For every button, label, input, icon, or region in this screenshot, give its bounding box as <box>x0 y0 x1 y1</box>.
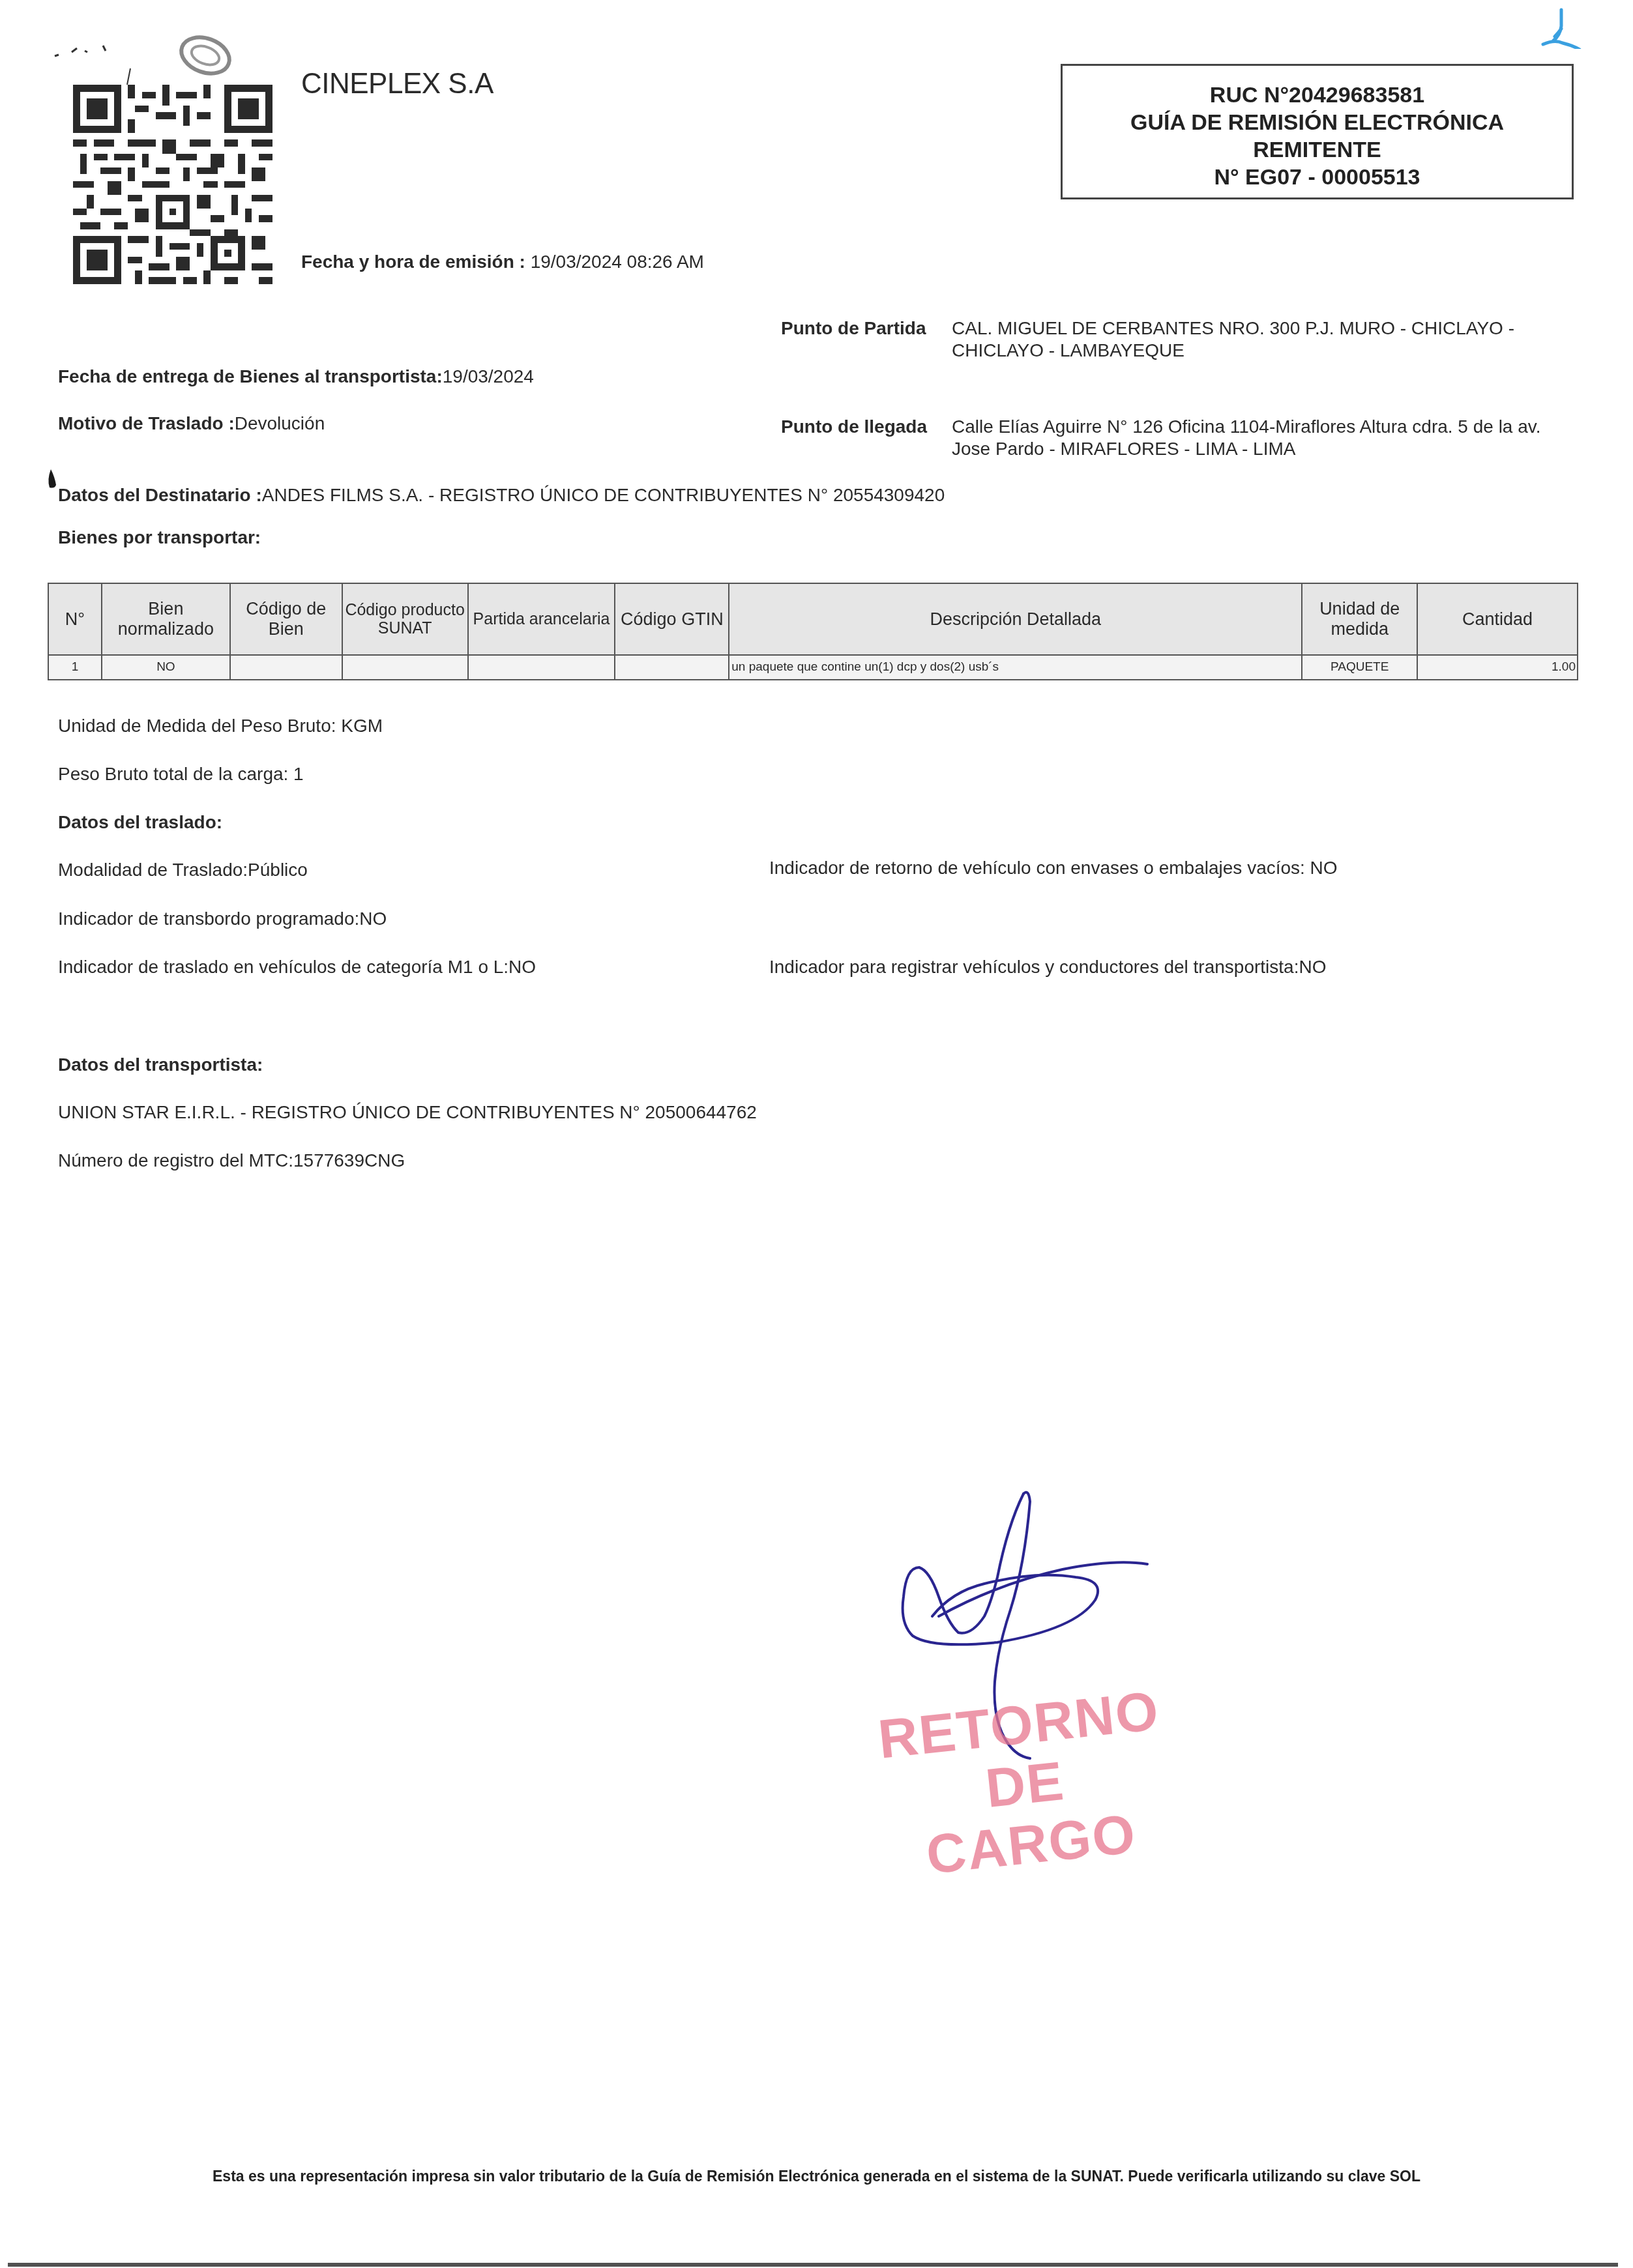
ink-mark-icon <box>1535 7 1587 49</box>
transportista-section-title: Datos del transportista: <box>58 1054 263 1076</box>
cell-descripcion: un paquete que contine un(1) dcp y dos(2… <box>729 655 1302 680</box>
indicador-transbordo: Indicador de transbordo programado:NO <box>58 908 387 930</box>
destinatario-value: ANDES FILMS S.A. - REGISTRO ÚNICO DE CON… <box>262 485 945 505</box>
col-header-numero: N° <box>48 583 102 655</box>
cell-bien-normalizado: NO <box>102 655 230 680</box>
indicador-registrar-vehiculos: Indicador para registrar vehículos y con… <box>769 956 1326 978</box>
cell-numero: 1 <box>48 655 102 680</box>
motivo-value: Devolución <box>235 413 325 433</box>
indicador-retorno-vehiculo: Indicador de retorno de vehículo con env… <box>769 857 1338 879</box>
indicador-categoria-m1-l: Indicador de traslado en vehículos de ca… <box>58 956 536 978</box>
fecha-entrega-value: 19/03/2024 <box>443 366 534 386</box>
col-header-codigo-gtin: Código GTIN <box>615 583 729 655</box>
document-number: N° EG07 - 00005513 <box>1063 164 1572 191</box>
document-id-box: RUC N°20429683581 GUÍA DE REMISIÓN ELECT… <box>1061 64 1574 199</box>
document-title: GUÍA DE REMISIÓN ELECTRÓNICA <box>1063 109 1572 136</box>
qr-code <box>73 85 272 284</box>
col-header-codigo-bien: Código de Bien <box>230 583 342 655</box>
punto-partida-label: Punto de Partida <box>781 317 926 340</box>
table-header-row: N° Bien normalizado Código de Bien Códig… <box>48 583 1578 655</box>
table-row: 1 NO un paquete que contine un(1) dcp y … <box>48 655 1578 680</box>
peso-bruto-unidad: Unidad de Medida del Peso Bruto: KGM <box>58 715 383 737</box>
col-header-bien-normalizado: Bien normalizado <box>102 583 230 655</box>
emission-label: Fecha y hora de emisión : <box>301 252 525 272</box>
col-header-partida-arancelaria: Partida arancelaria <box>468 583 615 655</box>
modalidad-traslado: Modalidad de Traslado:Público <box>58 859 308 881</box>
cell-unidad-medida: PAQUETE <box>1302 655 1417 680</box>
ruc-number: RUC N°20429683581 <box>1063 81 1572 109</box>
cell-codigo-sunat <box>342 655 468 680</box>
bottom-edge-line <box>8 2263 1618 2267</box>
document-subtitle: REMITENTE <box>1063 136 1572 164</box>
punto-llegada-value: Calle Elías Aguirre N° 126 Oficina 1104-… <box>952 416 1578 460</box>
bienes-section-title: Bienes por transportar: <box>58 527 261 549</box>
punto-partida-value: CAL. MIGUEL DE CERBANTES NRO. 300 P.J. M… <box>952 317 1578 362</box>
col-header-cantidad: Cantidad <box>1417 583 1578 655</box>
goods-table: N° Bien normalizado Código de Bien Códig… <box>48 583 1578 680</box>
punto-llegada-label: Punto de llegada <box>781 416 927 438</box>
peso-bruto-total: Peso Bruto total de la carga: 1 <box>58 763 304 785</box>
cell-codigo-gtin <box>615 655 729 680</box>
destinatario: Datos del Destinatario :ANDES FILMS S.A.… <box>58 484 945 506</box>
retorno-cargo-stamp: RETORNO DE CARGO <box>853 1678 1193 1861</box>
col-header-codigo-sunat: Código producto SUNAT <box>342 583 468 655</box>
col-header-unidad-medida: Unidad de medida <box>1302 583 1417 655</box>
handwritten-scribble-icon <box>46 20 254 91</box>
emission-value: 19/03/2024 08:26 AM <box>531 252 704 272</box>
emission-datetime: Fecha y hora de emisión : 19/03/2024 08:… <box>301 251 704 273</box>
motivo-traslado: Motivo de Traslado :Devolución <box>58 413 325 435</box>
cell-codigo-bien <box>230 655 342 680</box>
company-name: CINEPLEX S.A <box>301 68 493 100</box>
cell-partida-arancelaria <box>468 655 615 680</box>
mtc-registro: Número de registro del MTC:1577639CNG <box>58 1150 405 1172</box>
footer-disclaimer: Esta es una representación impresa sin v… <box>0 2168 1633 2185</box>
traslado-section-title: Datos del traslado: <box>58 811 222 834</box>
destinatario-label: Datos del Destinatario : <box>58 485 262 505</box>
fecha-entrega-label: Fecha de entrega de Bienes al transporti… <box>58 366 443 386</box>
motivo-label: Motivo de Traslado : <box>58 413 235 433</box>
col-header-descripcion: Descripción Detallada <box>729 583 1302 655</box>
fecha-entrega: Fecha de entrega de Bienes al transporti… <box>58 366 534 388</box>
cell-cantidad: 1.00 <box>1417 655 1578 680</box>
transportista-ruc: UNION STAR E.I.R.L. - REGISTRO ÚNICO DE … <box>58 1101 757 1124</box>
